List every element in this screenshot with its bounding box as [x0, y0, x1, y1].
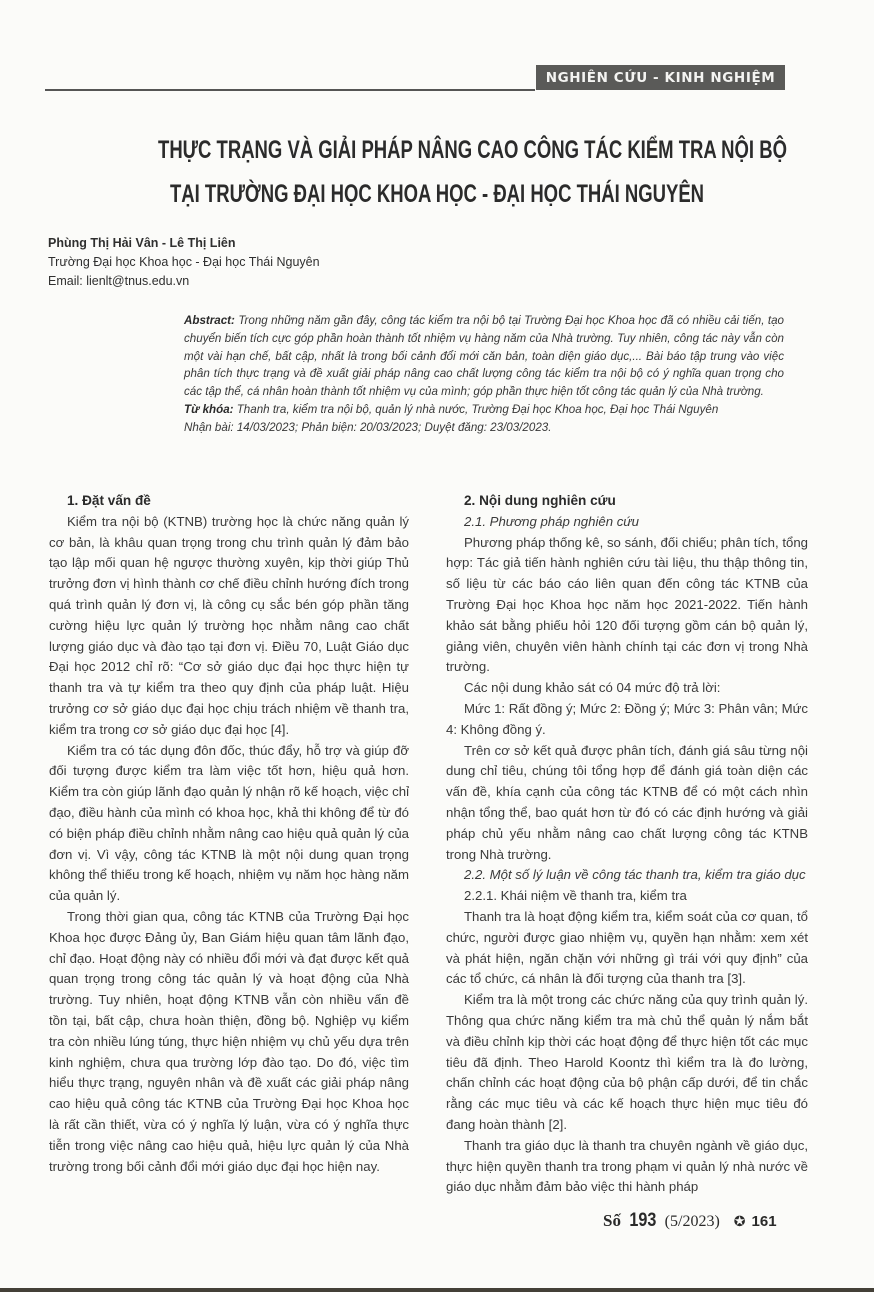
issue-label: Số [603, 1211, 621, 1231]
subsection-2-1: 2.1. Phương pháp nghiên cứu [446, 512, 808, 533]
abstract-label: Abstract: [184, 314, 235, 327]
abstract-body: Trong những năm gần đây, công tác kiểm t… [184, 314, 784, 398]
article-title: THỰC TRẠNG VÀ GIẢI PHÁP NÂNG CAO CÔNG TÁ… [158, 128, 716, 216]
author-affiliation: Trường Đại học Khoa học - Đại học Thái N… [48, 253, 320, 272]
issue-date: (5/2023) [665, 1213, 720, 1231]
keywords-label: Từ khóa: [184, 403, 234, 416]
paragraph: Kiểm tra nội bộ (KTNB) trường học là chứ… [49, 512, 409, 741]
paragraph: Phương pháp thống kê, so sánh, đối chiếu… [446, 533, 808, 679]
star-separator-icon: ✪ [734, 1213, 746, 1230]
left-column: 1. Đặt vấn đề Kiểm tra nội bộ (KTNB) trư… [49, 491, 409, 1177]
subsection-2-2-1: 2.2.1. Khái niệm về thanh tra, kiểm tra [446, 886, 808, 907]
title-line-2: TẠI TRƯỜNG ĐẠI HỌC KHOA HỌC - ĐẠI HỌC TH… [158, 172, 716, 216]
paragraph: Thanh tra giáo dục là thanh tra chuyên n… [446, 1136, 808, 1198]
paragraph: Kiểm tra là một trong các chức năng của … [446, 990, 808, 1136]
author-names: Phùng Thị Hải Vân - Lê Thị Liên [48, 234, 320, 253]
page-footer: Số 193 (5/2023) ✪ 161 [603, 1210, 777, 1232]
keywords: Từ khóa: Thanh tra, kiểm tra nội bộ, quả… [184, 401, 784, 419]
section-tag: NGHIÊN CỨU - KINH NGHIỆM [536, 65, 785, 90]
page-number: 161 [752, 1213, 777, 1230]
keywords-text: Thanh tra, kiểm tra nội bộ, quản lý nhà … [234, 403, 719, 416]
article-dates: Nhận bài: 14/03/2023; Phản biện: 20/03/2… [184, 419, 784, 437]
paragraph: Thanh tra là hoạt động kiểm tra, kiểm so… [446, 907, 808, 990]
paragraph: Mức 1: Rất đồng ý; Mức 2: Đồng ý; Mức 3:… [446, 699, 808, 741]
issue-number: 193 [629, 1210, 656, 1232]
author-block: Phùng Thị Hải Vân - Lê Thị Liên Trường Đ… [48, 234, 320, 291]
bottom-edge-bar [0, 1288, 874, 1292]
section-heading-1: 1. Đặt vấn đề [49, 491, 409, 512]
abstract-block: Abstract: Trong những năm gần đây, công … [184, 312, 784, 437]
paragraph: Các nội dung khảo sát có 04 mức độ trả l… [446, 678, 808, 699]
title-line-1: THỰC TRẠNG VÀ GIẢI PHÁP NÂNG CAO CÔNG TÁ… [158, 128, 716, 172]
right-column: 2. Nội dung nghiên cứu 2.1. Phương pháp … [446, 491, 808, 1198]
abstract-text: Abstract: Trong những năm gần đây, công … [184, 312, 784, 401]
subsection-2-2: 2.2. Một số lý luận về công tác thanh tr… [446, 865, 808, 886]
author-email: Email: lienlt@tnus.edu.vn [48, 272, 320, 291]
paragraph: Trên cơ sở kết quả được phân tích, đánh … [446, 741, 808, 866]
paragraph: Kiểm tra có tác dụng đôn đốc, thúc đẩy, … [49, 741, 409, 907]
paragraph: Trong thời gian qua, công tác KTNB của T… [49, 907, 409, 1177]
header-rule [45, 89, 535, 91]
section-heading-2: 2. Nội dung nghiên cứu [446, 491, 808, 512]
